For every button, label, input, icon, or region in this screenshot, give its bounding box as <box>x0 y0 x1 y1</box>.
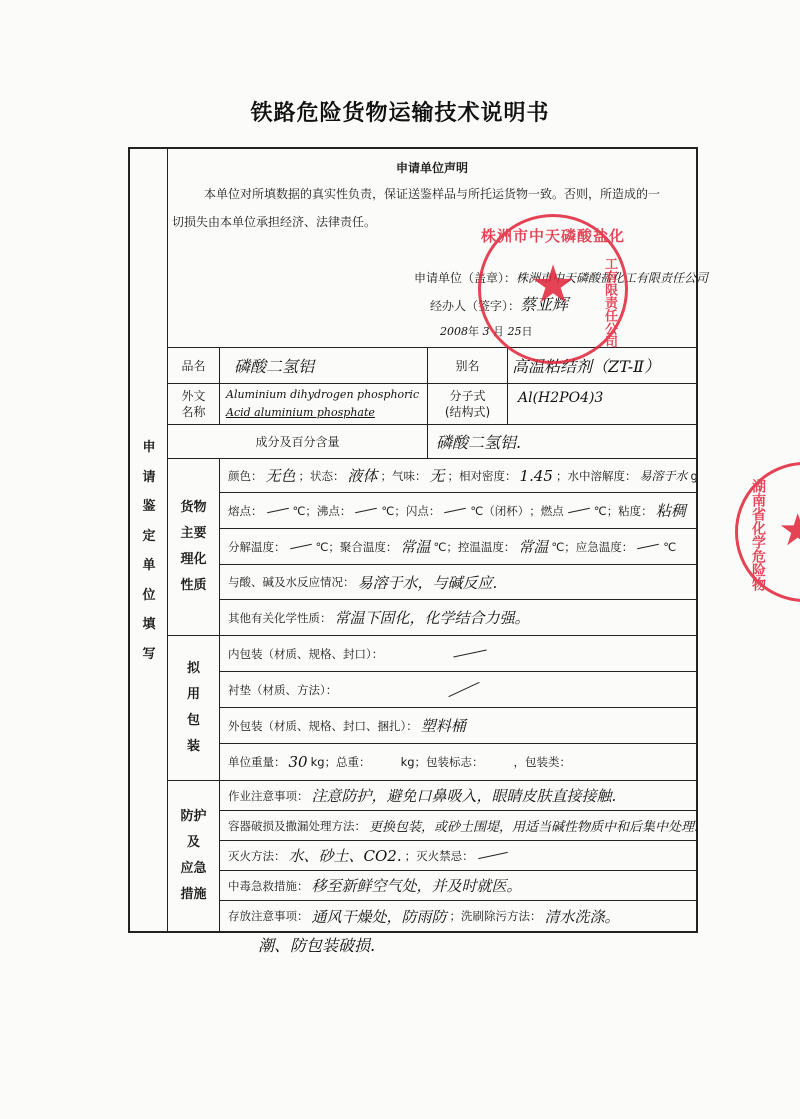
formula-text: Al(H2PO4)3 <box>518 390 603 406</box>
decomposition-temp-dash <box>290 544 312 550</box>
composition-value: 磷酸二氢铝. <box>428 425 696 458</box>
packaging-liner-row: 衬垫（材质、方法）： <box>220 672 696 708</box>
packaging-outer-row: 外包装（材质、规格、封口、捆扎）：塑料桶 <box>220 708 696 744</box>
polymerization-temp-label: ；聚合温度： <box>328 539 397 555</box>
flash-point-label: ；闪点： <box>394 503 440 519</box>
properties-group-label: 货物主要理化性质 <box>168 459 220 636</box>
applicant-seal-stamp: 株洲市中天磷酸盐化 ★ 工有限责任公司 <box>478 214 628 364</box>
wash-value: 清水洗涤。 <box>545 906 620 927</box>
density-value: 1.45 <box>520 467 553 485</box>
appraisal-seal-stamp: 湖南省化学危险物 ★ <box>735 462 800 602</box>
left-column: 申请鉴定单位填写 <box>130 149 168 931</box>
fire-forbid-label: ；灭火禁忌： <box>405 848 474 864</box>
inner-packaging-label: 内包装（材质、规格、封口）： <box>228 646 383 662</box>
inner-packaging-dash <box>454 649 487 657</box>
star-icon: ★ <box>778 509 800 553</box>
color-value: 无色 <box>266 465 296 486</box>
operation-value: 注意防护，避免口鼻吸入，眼睛皮肤直接接触. <box>312 785 617 806</box>
color-label: 颜色： <box>228 468 263 484</box>
composition-text: 磷酸二氢铝. <box>436 430 521 453</box>
properties-group-label-text: 货物主要理化性质 <box>180 495 206 599</box>
protection-group-label: 防护及应急措施 <box>168 781 220 931</box>
protection-firstaid-row: 中毒急救措施：移至新鲜空气处，并及时就医。 <box>220 871 696 901</box>
emergency-temp-label: ；应急温度： <box>564 539 633 555</box>
package-mark-label: ；包装标志： <box>415 754 484 770</box>
foreign-name-text: Aluminium dihydrogen phosphoric Acid alu… <box>220 386 419 422</box>
unit-celsius: ℃ <box>594 504 607 518</box>
properties-row-1: 颜色：无色 ；状态：液体 ；气味：无 ；相对密度：1.45 ；水中溶解度：易溶于… <box>220 459 696 493</box>
unit-celsius: ℃ <box>293 504 306 518</box>
polymerization-temp-value: 常温 <box>400 536 430 557</box>
foreign-name-value: Aluminium dihydrogen phosphoric Acid alu… <box>220 384 428 424</box>
odor-label: ；气味： <box>381 468 427 484</box>
formula-label-line2: (结构式) <box>445 404 490 420</box>
other-chem-label: 其他有关化学性质： <box>228 610 332 626</box>
density-label: ；相对密度： <box>448 468 517 484</box>
foreign-name-line2: Acid aluminium phosphate <box>226 404 419 422</box>
fire-method-label: 灭火方法： <box>228 848 286 864</box>
odor-value: 无 <box>430 465 445 486</box>
liner-label: 衬垫（材质、方法）： <box>228 682 337 698</box>
formula-label-line1: 分子式 <box>449 388 485 404</box>
outer-packaging-value: 塑料桶 <box>421 715 466 736</box>
packaging-inner-row: 内包装（材质、规格、封口）： <box>220 636 696 672</box>
protection-fire-row: 灭火方法：水、砂土、CO2. ；灭火禁忌： <box>220 841 696 871</box>
boiling-point-dash <box>356 508 378 514</box>
date-year-suffix: 年 <box>468 325 479 338</box>
foreign-name-line1: Aluminium dihydrogen phosphoric <box>226 386 419 404</box>
product-name-value: 磷酸二氢铝 <box>220 347 428 383</box>
protection-storage-row: 存放注意事项：通风干燥处，防雨防 ；洗刷除污方法：清水洗涤。 <box>220 901 696 931</box>
protection-operation-row: 作业注意事项：注意防护，避免口鼻吸入，眼睛皮肤直接接触. <box>220 781 696 811</box>
spill-value: 更换包装，或砂土围堤，用适当碱性物质中和后集中处理. <box>369 816 698 835</box>
seal-ring-text: 湖南省化学危险物 <box>748 479 768 591</box>
control-temp-label: ；控温温度： <box>446 539 515 555</box>
properties-row-4: 与酸、碱及水反应情况：易溶于水，与碱反应. <box>220 565 696 600</box>
first-aid-label: 中毒急救措施： <box>228 878 309 894</box>
viscosity-label: ；粘度： <box>607 503 653 519</box>
melting-point-dash <box>267 508 289 514</box>
unit-kg: kg <box>401 755 415 769</box>
composition-label: 成分及百分含量 <box>168 425 428 458</box>
formula-value: Al(H2PO4)3 <box>508 384 696 424</box>
reaction-label: 与酸、碱及水反应情况： <box>228 574 355 590</box>
alias-label: 别名 <box>428 347 508 383</box>
declaration-text-line1: 本单位对所填数据的真实性负责，保证送鉴样品与所托运货物一致。否则，所造成的一 <box>204 185 660 202</box>
packaging-group-label: 拟用包装 <box>168 636 220 781</box>
unit-weight-value: 30 <box>289 753 308 771</box>
product-name-text: 磷酸二氢铝 <box>234 354 314 377</box>
unit-celsius: ℃ <box>316 540 329 554</box>
flash-point-suffix: （闭杯） <box>483 503 529 519</box>
unit-celsius: ℃ <box>551 540 564 554</box>
unit-celsius: ℃ <box>470 504 483 518</box>
storage-label: 存放注意事项： <box>228 908 309 924</box>
storage-value: 通风干燥处，防雨防 <box>312 906 447 927</box>
packaging-group-label-text: 拟用包装 <box>187 656 200 760</box>
ignition-point-label: ；燃点 <box>529 503 564 519</box>
package-class-label: ，包装类： <box>514 754 572 770</box>
product-name-label: 品名 <box>168 347 220 383</box>
other-chem-value: 常温下固化，化学结合力强。 <box>335 607 530 628</box>
properties-row-3: 分解温度：℃ ；聚合温度：常温℃ ；控温温度：常温℃ ；应急温度：℃ <box>220 529 696 565</box>
foreign-name-label-text: 外文名称 <box>181 388 205 420</box>
unit-celsius: ℃ <box>381 504 394 518</box>
formula-label: 分子式 (结构式) <box>428 384 508 424</box>
boiling-point-label: ；沸点： <box>305 503 351 519</box>
properties-row-5: 其他有关化学性质：常温下固化，化学结合力强。 <box>220 600 696 636</box>
left-column-label: 申请鉴定单位填写 <box>130 433 168 669</box>
unit-weight-label: 单位重量： <box>228 754 286 770</box>
decomposition-temp-label: 分解温度： <box>228 539 286 555</box>
packaging-weight-row: 单位重量：30kg ；总重：kg ；包装标志： ，包装类： <box>220 744 696 781</box>
protection-spill-row: 容器破损及撒漏处理方法：更换包装，或砂土围堤，用适当碱性物质中和后集中处理. <box>220 811 696 841</box>
declaration-heading: 申请单位声明 <box>168 159 696 176</box>
solubility-value: 易溶于水 <box>639 467 687 484</box>
reaction-value: 易溶于水，与碱反应. <box>358 572 498 593</box>
wash-label: ；洗刷除污方法： <box>450 908 542 924</box>
fire-method-value: 水、砂土、CO2. <box>289 845 402 866</box>
document-title: 铁路危险货物运输技术说明书 <box>0 96 800 127</box>
spill-label: 容器破损及撒漏处理方法： <box>228 818 366 834</box>
state-value: 液体 <box>348 465 378 486</box>
product-name-row: 品名 磷酸二氢铝 别名 高温粘结剂（ZT-Ⅱ） <box>168 347 696 384</box>
protection-group-label-text: 防护及应急措施 <box>180 804 206 908</box>
operation-label: 作业注意事项： <box>228 788 309 804</box>
storage-continuation: 潮、防包装破损. <box>258 933 375 956</box>
unit-celsius: ℃ <box>433 540 446 554</box>
foreign-name-label: 外文名称 <box>168 384 220 424</box>
emergency-temp-dash <box>637 544 659 550</box>
properties-row-2: 熔点：℃ ；沸点：℃ ；闪点：℃（闭杯） ；燃点℃ ；粘度：粘稠 <box>220 493 696 529</box>
foreign-name-row: 外文名称 Aluminium dihydrogen phosphoric Aci… <box>168 384 696 425</box>
flash-point-dash <box>444 508 466 514</box>
ignition-point-dash <box>568 508 590 514</box>
unit-celsius: ℃ <box>663 540 676 554</box>
fire-forbid-dash <box>478 852 508 859</box>
unit-kg: kg <box>311 755 325 769</box>
seal-side-text: 工有限责任公司 <box>600 257 619 348</box>
liner-dash <box>449 682 480 697</box>
solubility-unit: g/100mL <box>690 469 696 483</box>
state-label: ；状态： <box>299 468 345 484</box>
melting-point-label: 熔点： <box>228 503 263 519</box>
composition-row: 成分及百分含量 磷酸二氢铝. <box>168 425 696 459</box>
control-temp-value: 常温 <box>518 536 548 557</box>
declaration-text-line2: 切损失由本单位承担经济、法律责任。 <box>172 213 376 230</box>
total-weight-label: ；总重： <box>325 754 371 770</box>
viscosity-value: 粘稠 <box>656 500 686 521</box>
date-year: 2008 <box>440 325 468 338</box>
outer-packaging-label: 外包装（材质、规格、封口、捆扎）： <box>228 718 418 734</box>
solubility-label: ；水中溶解度： <box>556 468 637 484</box>
first-aid-value: 移至新鲜空气处，并及时就医。 <box>312 875 522 896</box>
seal-ring-text: 株洲市中天磷酸盐化 <box>481 225 625 246</box>
